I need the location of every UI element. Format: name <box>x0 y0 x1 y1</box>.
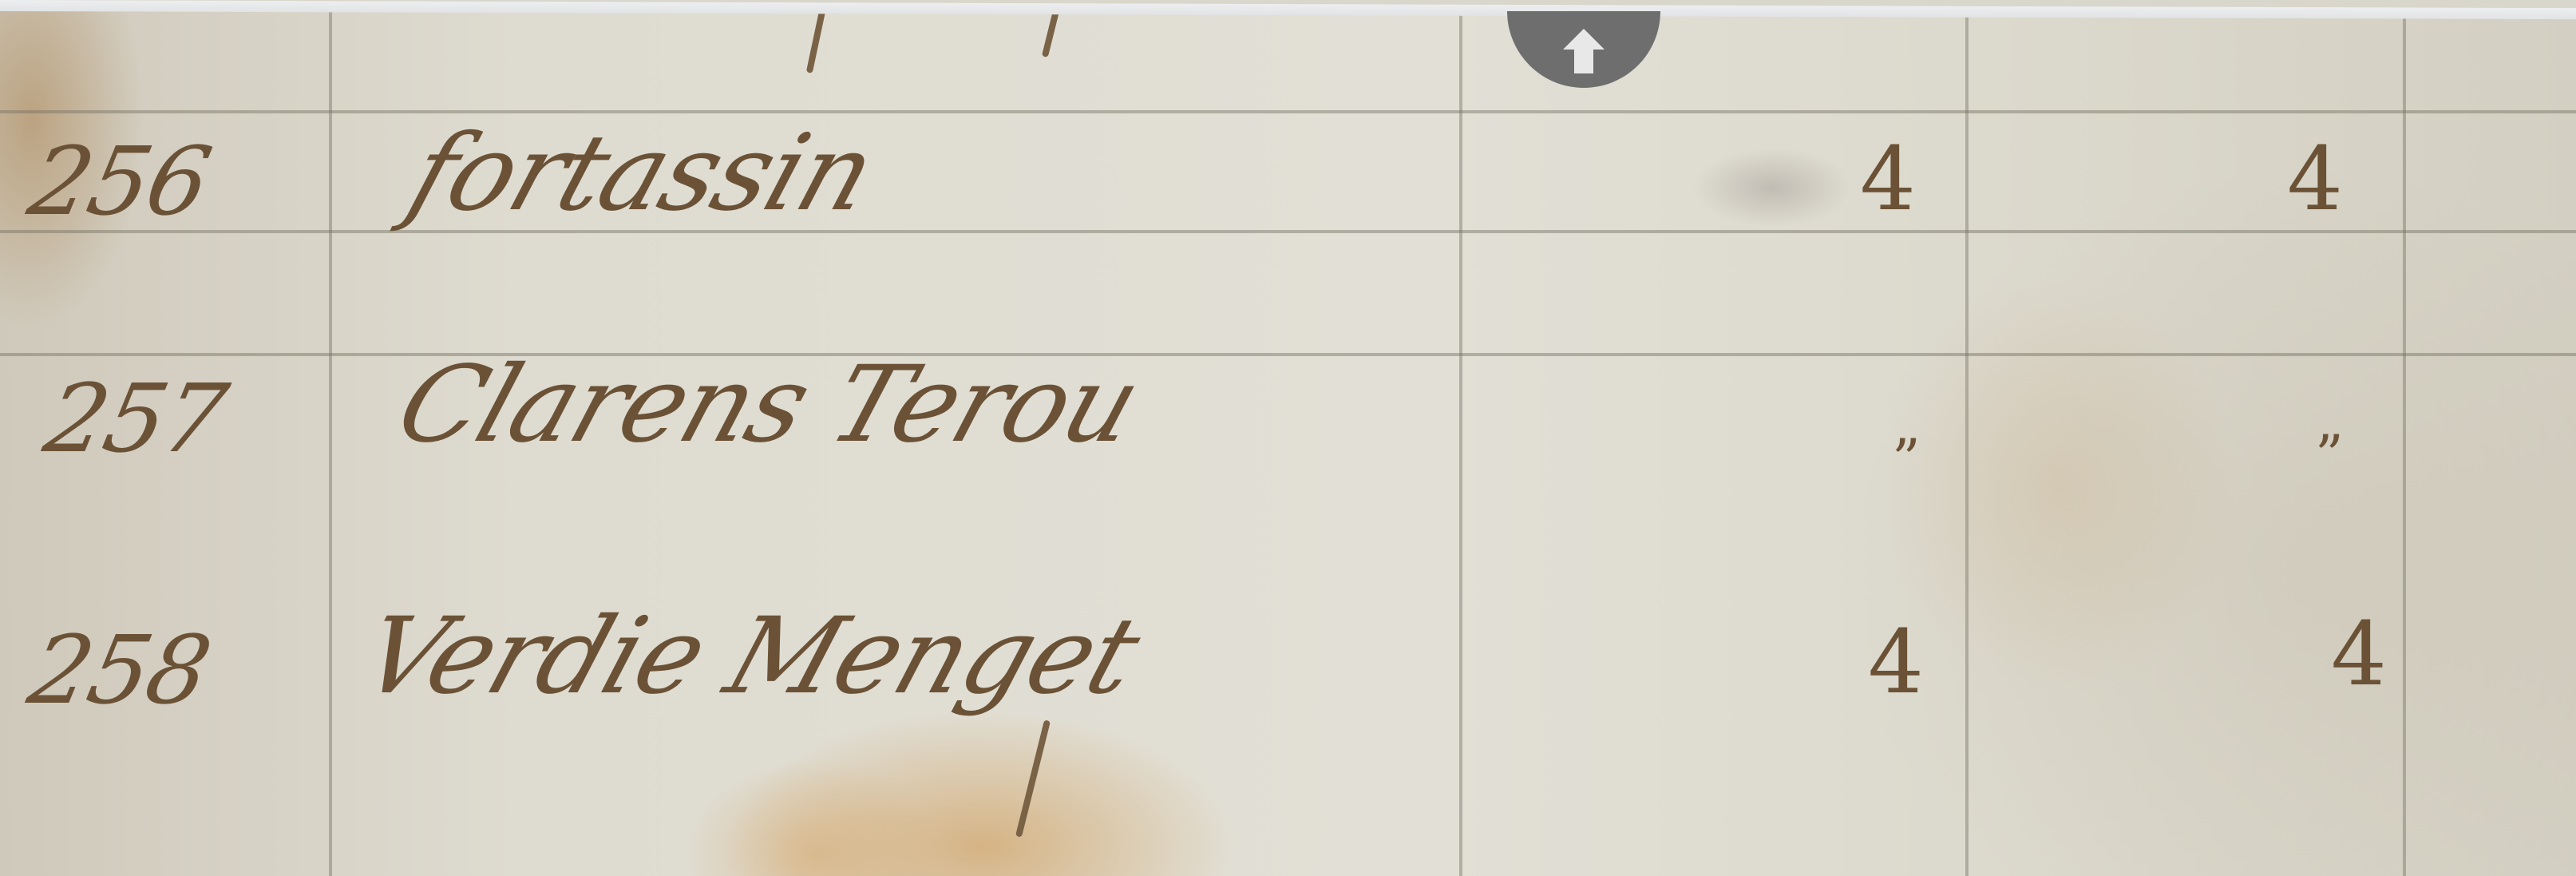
row-name: fortassin <box>395 112 888 235</box>
ledger-page: 256 fortassin 4 4 257 Clarens Terou ” ” … <box>0 8 2576 876</box>
row-number: 256 <box>20 126 219 236</box>
column-rule-3 <box>1965 8 1969 876</box>
ink-smudge <box>1692 148 1852 228</box>
row-col4: 4 <box>2287 128 2341 230</box>
ink-stroke <box>1015 719 1051 837</box>
ink-stroke <box>806 10 825 73</box>
row-rule-2 <box>0 230 2576 233</box>
row-number: 257 <box>36 363 235 474</box>
column-rule-4 <box>2403 8 2406 876</box>
row-col3: 4 <box>1860 128 1914 230</box>
row-name: Clarens Terou <box>383 343 1153 466</box>
row-col4: ” <box>2315 423 2342 489</box>
row-rule-3 <box>0 353 2576 356</box>
arrow-up-icon <box>1563 29 1605 73</box>
row-rule-1 <box>0 110 2576 113</box>
row-number: 258 <box>20 615 219 725</box>
row-col3: 4 <box>1868 611 1922 713</box>
column-rule-2 <box>1459 8 1462 876</box>
row-name: Verdie Menget <box>347 595 1153 718</box>
row-col4: 4 <box>2331 603 2385 705</box>
ink-stroke <box>1042 10 1059 57</box>
row-col3: ” <box>1892 427 1919 493</box>
column-rule-1 <box>329 8 332 876</box>
